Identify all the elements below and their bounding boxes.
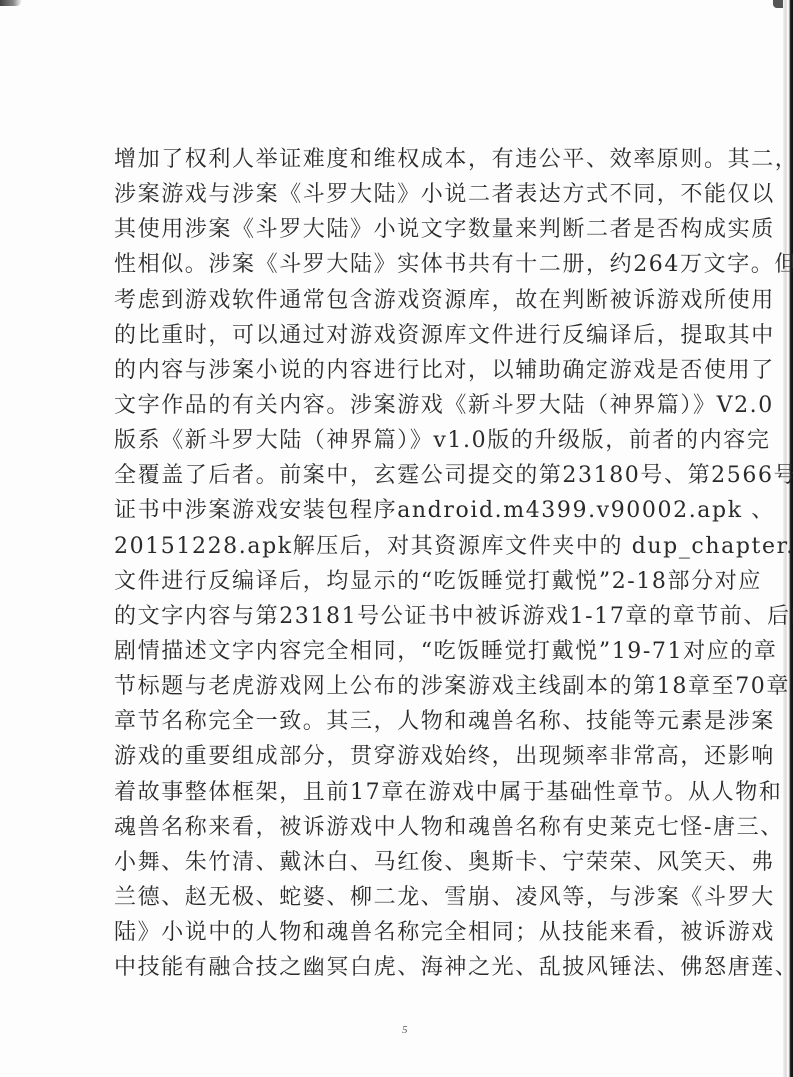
text-line: 20151228.apk解压后，对其资源库文件夹中的 dup_chapter.l… <box>114 529 724 564</box>
text-line: 文字作品的有关内容。涉案游戏《新斗罗大陆（神界篇）》V2.0 <box>114 388 724 423</box>
text-line: 版系《新斗罗大陆（神界篇）》v1.0版的升级版，前者的内容完 <box>114 423 724 458</box>
text-line: 魂兽名称来看，被诉游戏中人物和魂兽名称有史莱克七怪-唐三、 <box>114 810 724 845</box>
scan-edge-mark <box>773 0 783 8</box>
text-line: 的比重时，可以通过对游戏资源库文件进行反编译后，提取其中 <box>114 318 724 353</box>
scan-corner-shadow <box>0 0 22 6</box>
text-line: 陆》小说中的人物和魂兽名称完全相同；从技能来看，被诉游戏 <box>114 915 724 950</box>
text-line: 全覆盖了后者。前案中，玄霆公司提交的第23180号、第2566号公 <box>114 458 724 493</box>
text-line: 证书中涉案游戏安装包程序android.m4399.v90002.apk 、 <box>114 493 724 528</box>
text-line: 性相似。涉案《斗罗大陆》实体书共有十二册，约264万文字。但 <box>114 247 724 282</box>
text-line: 涉案游戏与涉案《斗罗大陆》小说二者表达方式不同，不能仅以 <box>114 177 724 212</box>
text-line: 着故事整体框架，且前17章在游戏中属于基础性章节。从人物和 <box>114 775 724 810</box>
text-line: 其使用涉案《斗罗大陆》小说文字数量来判断二者是否构成实质 <box>114 212 724 247</box>
text-line: 增加了权利人举证难度和维权成本，有违公平、效率原则。其二， <box>114 142 724 177</box>
text-line: 考虑到游戏软件通常包含游戏资源库，故在判断被诉游戏所使用 <box>114 283 724 318</box>
text-line: 章节名称完全一致。其三，人物和魂兽名称、技能等元素是涉案 <box>114 704 724 739</box>
text-line: 文件进行反编译后，均显示的“吃饭睡觉打戴悦”2-18部分对应 <box>114 564 724 599</box>
text-line: 剧情描述文字内容完全相同，“吃饭睡觉打戴悦”19-71对应的章 <box>114 634 724 669</box>
text-line: 的文字内容与第23181号公证书中被诉游戏1-17章的章节前、后的 <box>114 599 724 634</box>
text-line: 兰德、赵无极、蛇婆、柳二龙、雪崩、凌风等，与涉案《斗罗大 <box>114 880 724 915</box>
text-line: 游戏的重要组成部分，贯穿游戏始终，出现频率非常高，还影响 <box>114 739 724 774</box>
text-line: 小舞、朱竹清、戴沐白、马红俊、奥斯卡、宁荣荣、风笑天、弗 <box>114 845 724 880</box>
text-line: 中技能有融合技之幽冥白虎、海神之光、乱披风锤法、佛怒唐莲、 <box>114 950 724 985</box>
text-line: 的内容与涉案小说的内容进行比对，以辅助确定游戏是否使用了 <box>114 353 724 388</box>
body-paragraph: 增加了权利人举证难度和维权成本，有违公平、效率原则。其二， 涉案游戏与涉案《斗罗… <box>114 142 724 985</box>
text-line: 节标题与老虎游戏网上公布的涉案游戏主线副本的第18章至70章 <box>114 669 724 704</box>
document-page: 增加了权利人举证难度和维权成本，有违公平、效率原则。其二， 涉案游戏与涉案《斗罗… <box>0 0 793 1077</box>
page-number: 5 <box>402 1024 408 1036</box>
